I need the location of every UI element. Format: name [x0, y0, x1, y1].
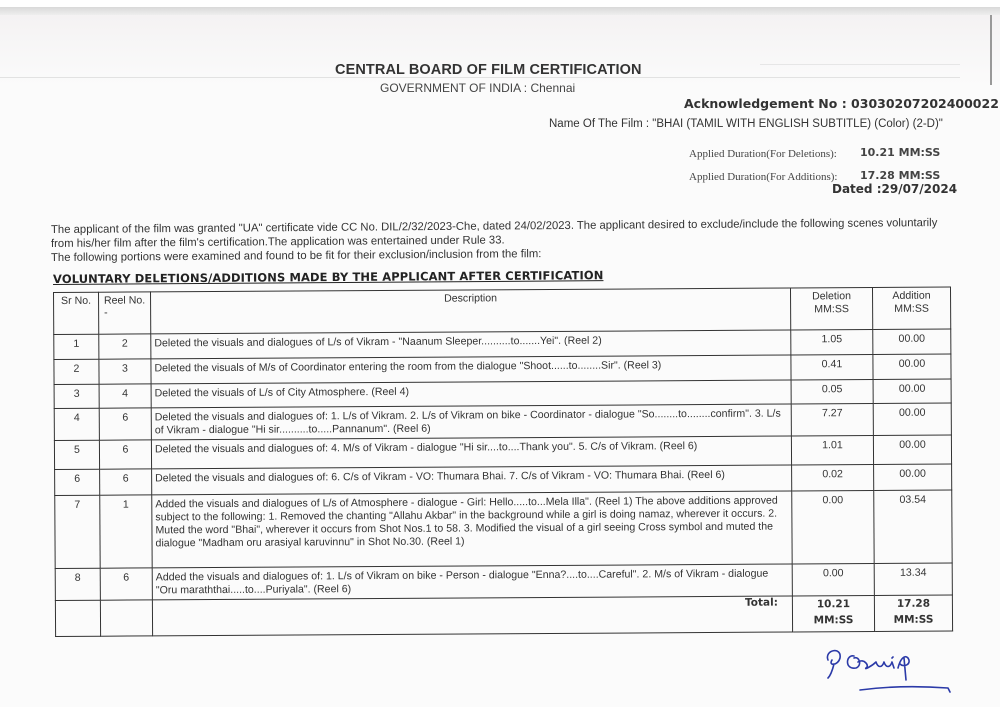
header-description: Description [151, 288, 791, 334]
date: Dated :29/07/2024 [832, 182, 957, 196]
scan-edge [0, 7, 1000, 15]
acknowledgement-number: Acknowledgement No : 03030207202400022 [684, 96, 999, 111]
reel-no-cell: 6 [99, 408, 151, 440]
org-title: CENTRAL BOARD OF FILM CERTIFICATION [335, 62, 642, 78]
deletion-cell: 0.00 [792, 490, 874, 563]
deletion-cell: 1.01 [791, 435, 873, 465]
description-cell: Deleted the visuals and dialogues of: 4.… [151, 436, 791, 469]
addition-cell: 00.00 [873, 403, 951, 435]
deletion-cell: 0.00 [792, 563, 874, 596]
sr-no-cell: 7 [55, 495, 100, 568]
reel-no-cell: 6 [99, 440, 151, 469]
deletion-cell: 0.05 [791, 379, 873, 404]
sr-no-cell: 6 [55, 469, 100, 495]
reel-no-cell: 4 [99, 384, 151, 408]
sr-no-cell: 8 [55, 568, 100, 600]
addition-cell: 13.34 [874, 563, 952, 595]
deletion-cell: 0.02 [792, 464, 874, 491]
deletions-additions-table: Sr No. Reel No.- Description Deletion MM… [53, 287, 953, 637]
total-deletion: 10.21MM:SS [792, 595, 874, 632]
header-addition: Addition MM:SS [872, 287, 950, 329]
reel-no-cell: 2 [99, 334, 151, 359]
description-cell: Added the visuals and dialogues of L/s o… [152, 491, 792, 568]
sr-no-cell: 5 [54, 440, 99, 469]
deletion-cell: 7.27 [791, 403, 873, 436]
header-reel-no: Reel No.- [99, 292, 151, 334]
deletion-cell: 1.05 [791, 329, 873, 355]
table-header-row: Sr No. Reel No.- Description Deletion MM… [54, 287, 951, 334]
description-cell: Deleted the visuals of M/s of Coordinato… [151, 355, 791, 384]
reel-no-cell: 3 [99, 359, 151, 384]
film-name: Name Of The Film : "BHAI (TAMIL WITH ENG… [549, 118, 943, 130]
deletions-duration-value: 10.21 MM:SS [860, 146, 940, 159]
total-addition: 17.28MM:SS [874, 595, 952, 631]
sr-no-cell: 3 [54, 384, 99, 408]
deletion-cell: 0.41 [791, 354, 873, 380]
addition-cell: 03.54 [874, 490, 952, 563]
table-total-row: Total: 10.21MM:SS 17.28MM:SS [55, 595, 952, 636]
deletions-duration-label: Applied Duration(For Deletions): [689, 148, 837, 160]
bleed-through-mark [760, 25, 960, 65]
total-reel-empty [100, 600, 152, 636]
total-sr-empty [55, 600, 100, 636]
sr-no-cell: 1 [54, 334, 99, 359]
reel-no-cell: 6 [100, 469, 152, 495]
header-sr-no: Sr No. [54, 292, 99, 334]
additions-duration-value: 17.28 MM:SS [860, 169, 940, 182]
reel-no-cell: 1 [100, 495, 152, 568]
header-deletion: Deletion MM:SS [790, 287, 872, 330]
addition-cell: 00.00 [874, 464, 952, 490]
page-edge [990, 15, 992, 85]
sr-no-cell: 4 [54, 408, 99, 440]
description-cell: Deleted the visuals and dialogues of: 6.… [152, 465, 792, 495]
signature [820, 640, 960, 700]
description-cell: Added the visuals and dialogues of: 1. L… [152, 564, 792, 600]
addition-cell: 00.00 [873, 354, 951, 379]
addition-cell: 00.00 [873, 435, 951, 464]
description-cell: Deleted the visuals and dialogues of L/s… [151, 330, 791, 359]
sr-no-cell: 2 [54, 359, 99, 384]
additions-duration-label: Applied Duration(For Additions): [689, 171, 838, 183]
description-cell: Deleted the visuals and dialogues of: 1.… [151, 404, 791, 440]
total-label: Total: [152, 596, 792, 636]
addition-cell: 00.00 [873, 329, 951, 354]
table-row: 71Added the visuals and dialogues of L/s… [55, 490, 952, 568]
reel-no-cell: 6 [100, 568, 152, 600]
addition-cell: 00.00 [873, 379, 951, 403]
org-subtitle: GOVERNMENT OF INDIA : Chennai [380, 81, 575, 95]
